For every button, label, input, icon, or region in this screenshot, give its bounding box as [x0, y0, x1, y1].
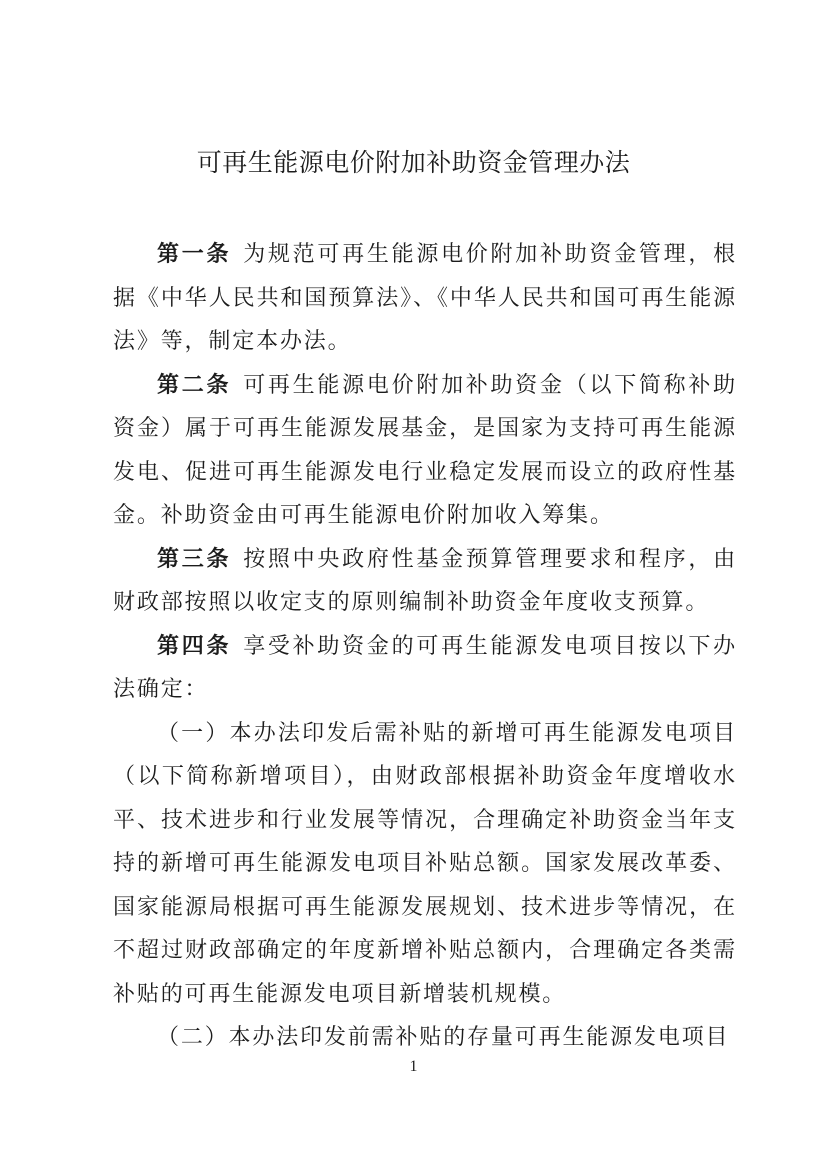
paragraph: （二）本办法印发前需补贴的存量可再生能源发电项目	[113, 1015, 737, 1059]
document-page: 可再生能源电价附加补助资金管理办法 第一条为规范可再生能源电价附加补助资金管理，…	[0, 0, 827, 1169]
page-number: 1	[410, 1058, 418, 1075]
paragraph: 第三条按照中央政府性基金预算管理要求和程序，由财政部按照以收定支的原则编制补助资…	[113, 537, 737, 624]
paragraph: 第二条可再生能源电价附加补助资金（以下简称补助资金）属于可再生能源发展基金，是国…	[113, 363, 737, 537]
article-label: 第三条	[157, 546, 231, 571]
article-label: 第四条	[157, 633, 231, 658]
document-body: 第一条为规范可再生能源电价附加补助资金管理，根据《中华人民共和国预算法》、《中华…	[113, 232, 737, 1059]
article-label: 第二条	[157, 372, 231, 397]
page-footer: 1	[0, 1056, 827, 1078]
paragraph-text: （一）本办法印发后需补贴的新增可再生能源发电项目（以下简称新增项目），由财政部根…	[113, 720, 737, 1006]
paragraph: 第四条享受补助资金的可再生能源发电项目按以下办法确定：	[113, 624, 737, 711]
paragraph-text: （二）本办法印发前需补贴的存量可再生能源发电项目	[157, 1024, 729, 1049]
document-title: 可再生能源电价附加补助资金管理办法	[0, 146, 827, 182]
paragraph: （一）本办法印发后需补贴的新增可再生能源发电项目（以下简称新增项目），由财政部根…	[113, 711, 737, 1016]
paragraph: 第一条为规范可再生能源电价附加补助资金管理，根据《中华人民共和国预算法》、《中华…	[113, 232, 737, 363]
article-label: 第一条	[157, 241, 231, 266]
